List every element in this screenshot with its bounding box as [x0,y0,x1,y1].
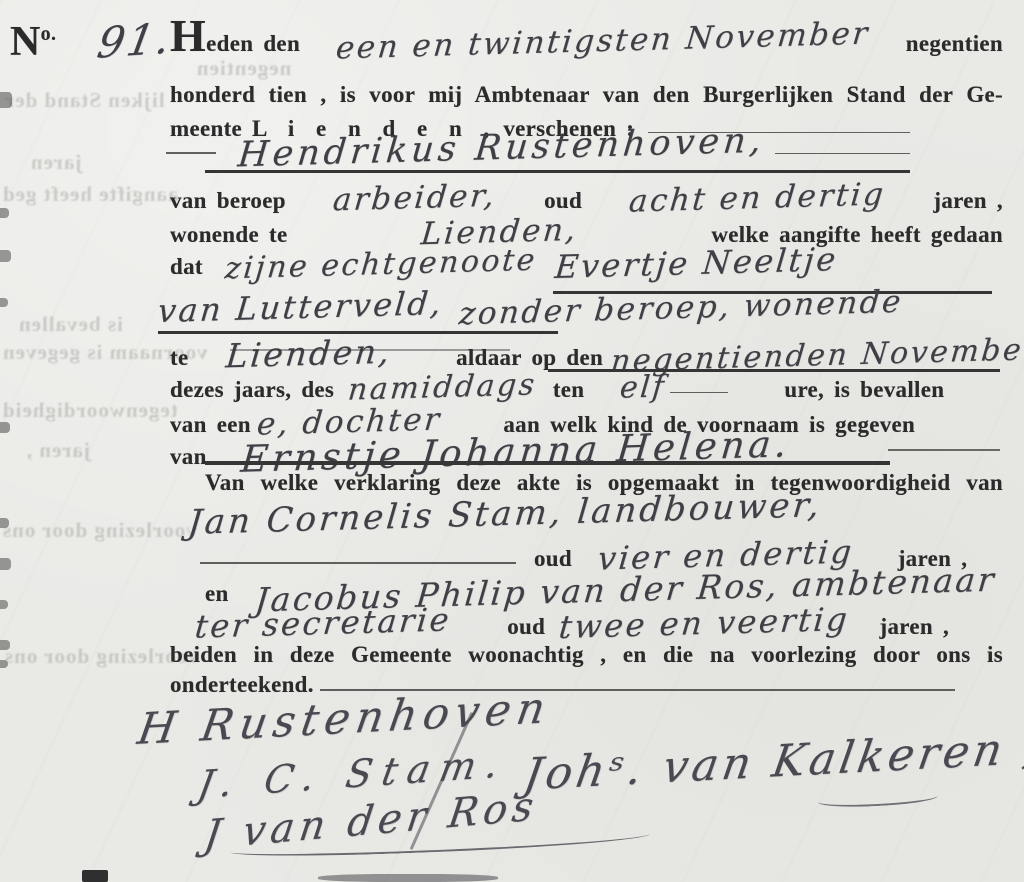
printed-text: van beroep [170,188,286,214]
bleedthrough-text: lijken Stand der [4,88,165,113]
entry-birthplace: Lienden, [225,332,394,376]
bleedthrough-text: tegenwoordigheid [2,398,178,423]
filler-rule [166,152,216,154]
act-number-label: No. [10,18,56,66]
next-entry-mark [82,870,108,882]
page-edge-mark [0,208,9,218]
form-line-year: honderd tien , is voor mij Ambtenaar van… [170,82,1003,108]
page-edge-mark [0,250,11,262]
next-entry-mark [318,874,498,882]
printed-text: oud [544,188,582,214]
act-number-ordinal: o. [41,23,57,45]
filler-rule [670,392,728,394]
entry-hour: elf [619,369,668,405]
act-number-value: 91. [94,13,177,68]
bleedthrough-text: is bevallen [18,312,123,337]
form-line-child-names: van Ernstje Johanna Helena. [170,430,1003,473]
form-line-mother: dat zijne echtgenoote Evertje Neeltje [170,244,1003,282]
form-line-declarant-name: Hendrikus Rustenhoven, [166,128,910,168]
entry-declarant-occupation: arbeider, [332,178,499,219]
page-edge-mark [0,422,10,433]
printed-text: H [170,22,206,50]
printed-text: negentien [906,31,1003,57]
printed-text: ten [553,377,585,403]
filler-rule [888,449,1000,451]
form-line-closing: beiden in deze Gemeente woonachtig , en … [170,642,1003,668]
page-edge-mark [0,92,12,108]
form-line-mother-surname: van Lutterveld, zonder beroep, wonende [158,288,1010,326]
form-line-signed: onderteekend. [170,672,955,698]
printed-text: jaren , [880,614,950,640]
bleedthrough-text: voorlezing door ons [2,518,197,543]
form-line-birth-time: dezes jaars, des namiddags ten elf ure, … [170,370,1003,405]
form-line-birthplace-date: te Lienden, aldaar op den negentienden N… [170,334,1003,373]
printed-text: dat [170,254,203,280]
signature-flourish [818,789,939,809]
filler-rule [775,153,910,155]
entry-date-of-act: een en twintigsten November [298,14,907,67]
page-edge-mark [0,558,11,570]
birth-certificate-scan: { "colors": { "paper": "#e9e9e6", "print… [0,0,1024,882]
printed-text: oud [534,546,572,572]
printed-text: van [170,444,207,470]
entry-declarant-name: Hendrikus Rustenhoven, [236,121,766,176]
form-line-occupation-age: van beroep arbeider, oud acht en dertig … [170,180,1003,216]
form-line-witness2-age: ter secretarie oud twee en veertig jaren… [195,604,1008,642]
page-edge-mark [0,640,10,650]
form-line-opening: Heden den een en twintigsten November ne… [170,22,1003,59]
printed-text: dezes jaars, des [170,377,334,403]
bleedthrough-text: negentien [196,56,291,81]
printed-text: te [170,345,188,371]
printed-text: jaren , [933,188,1003,214]
bleedthrough-text: aangifte heeft ged [2,182,179,207]
printed-text: onderteekend. [170,672,314,698]
act-number: No. 91. [10,16,173,66]
entry-mother-first-names: Evertje Neeltje [553,240,839,286]
form-line-witness1: Jan Cornelis Stam, landbouwer, [188,494,1008,534]
entry-witness2-occupation-cont: ter secretarie [193,600,453,645]
underline-child-names [205,461,890,465]
entry-mother-surname: van Lutterveld, [156,284,445,330]
page-edge-mark [0,518,9,528]
underline-declarant-name [205,170,910,173]
printed-text: eden den [206,31,300,57]
page-edge-mark [0,298,8,307]
bleedthrough-text: jaren , [26,438,91,463]
underline-birthplace [230,349,510,351]
printed-text: oud [507,614,545,640]
page-edge-mark [0,600,8,609]
entry-witness1-name-occupation: Jan Cornelis Stam, landbouwer, [186,485,823,543]
entry-mother-occupation: zonder beroep, wonende [458,284,905,333]
signature-registrar: Johˢ. van Kalkeren , [520,722,1024,801]
page-edge-mark [0,660,8,668]
entry-relation-to-child: zijne echtgenoote [223,243,538,287]
bleedthrough-text: jaren [30,150,82,175]
printed-text: ure, is bevallen [784,377,944,403]
entry-witness2-age: twee en veertig [557,600,851,646]
filler-rule [200,562,516,564]
